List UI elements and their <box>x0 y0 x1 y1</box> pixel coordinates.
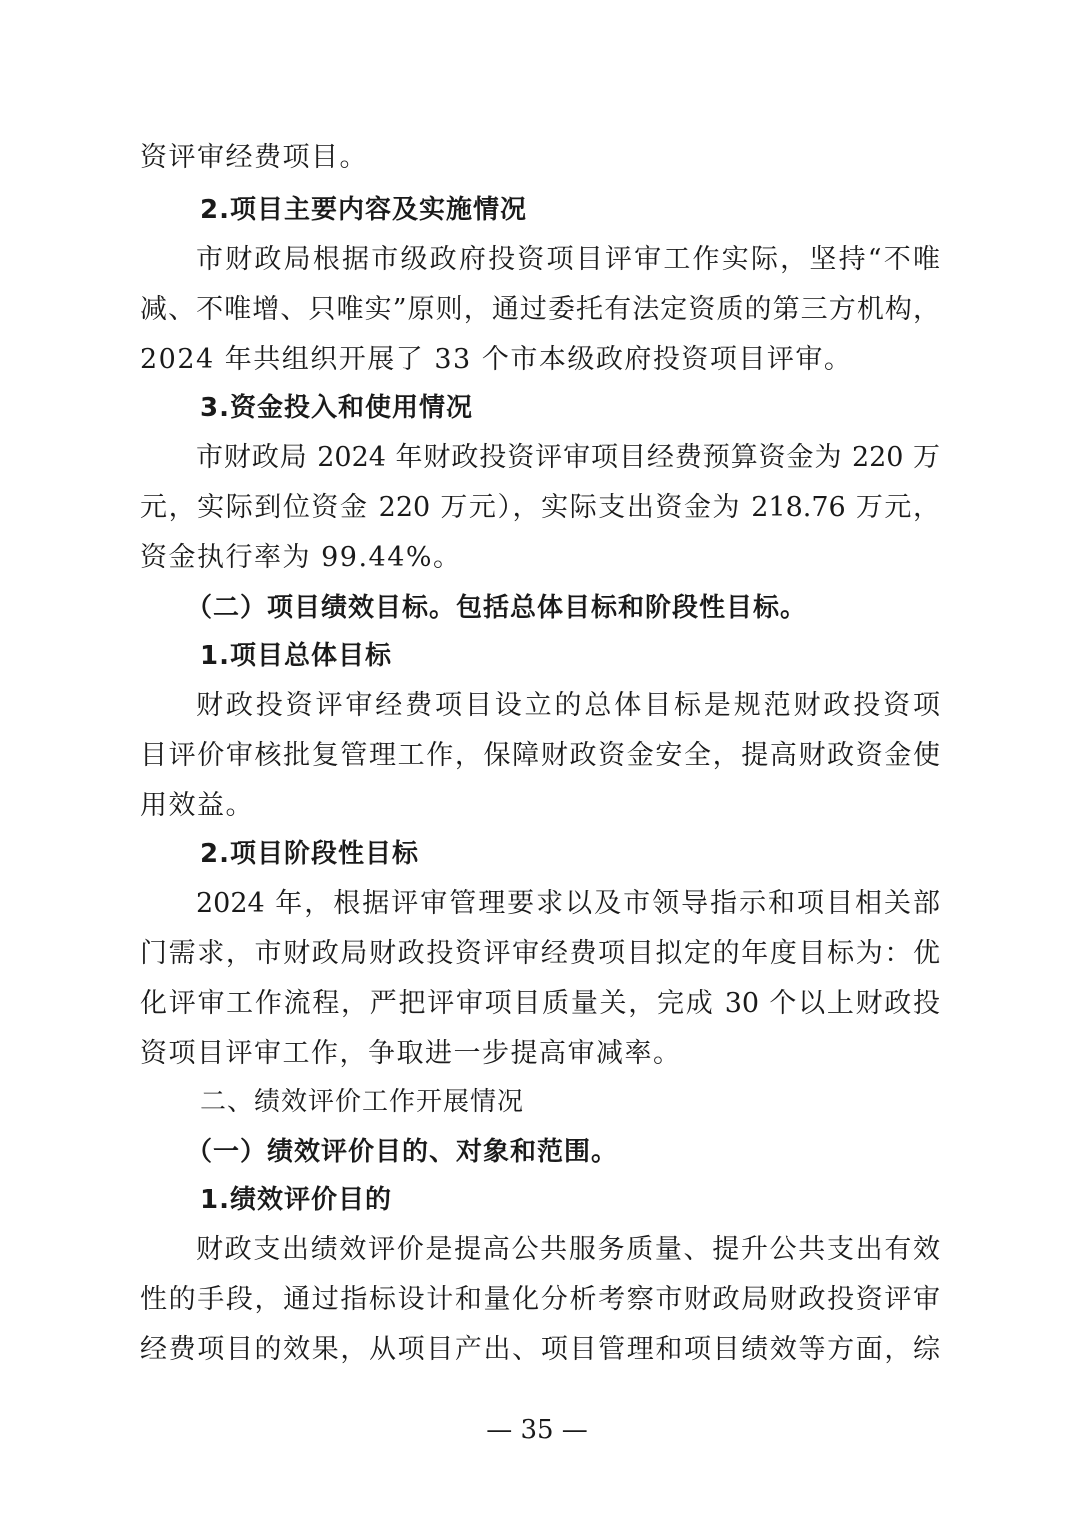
paragraph-line: 财政投资评审经费项目设立的总体目标是规范财政投资项 <box>196 686 940 726</box>
heading-evaluation-purpose: 1.绩效评价目的 <box>200 1180 1000 1220</box>
heading-overall-goal: 1.项目总体目标 <box>200 636 1000 676</box>
paragraph-line: 资金执行率为 99.44%。 <box>140 538 940 578</box>
heading-stage-goal: 2.项目阶段性目标 <box>200 834 1000 874</box>
paragraph-line: 市财政局根据市级政府投资项目评审工作实际，坚持“不唯 <box>196 240 940 280</box>
page-number: — 35 — <box>0 1410 1074 1450</box>
heading-evaluation-purpose-scope: （一）绩效评价目的、对象和范围。 <box>186 1132 986 1172</box>
paragraph-line: 资项目评审工作，争取进一步提高审减率。 <box>140 1034 940 1074</box>
heading-main-content: 2.项目主要内容及实施情况 <box>200 190 1000 230</box>
paragraph-line: 经费项目的效果，从项目产出、项目管理和项目绩效等方面，综 <box>140 1330 940 1370</box>
heading-funding: 3.资金投入和使用情况 <box>200 388 1000 428</box>
heading-section-two: 二、绩效评价工作开展情况 <box>200 1082 1000 1122</box>
document-page: 资评审经费项目。 2.项目主要内容及实施情况 市财政局根据市级政府投资项目评审工… <box>0 0 1074 1520</box>
paragraph-line: 财政支出绩效评价是提高公共服务质量、提升公共支出有效 <box>196 1230 940 1270</box>
paragraph-line: 减、不唯增、只唯实”原则，通过委托有法定资质的第三方机构， <box>140 290 940 330</box>
paragraph-line: 用效益。 <box>140 786 940 826</box>
paragraph-line: 目评价审核批复管理工作，保障财政资金安全，提高财政资金使 <box>140 736 940 776</box>
paragraph-line: 资评审经费项目。 <box>140 138 940 178</box>
paragraph-line: 元，实际到位资金 220 万元），实际支出资金为 218.76 万元， <box>140 488 940 528</box>
heading-performance-goals: （二）项目绩效目标。包括总体目标和阶段性目标。 <box>186 588 986 628</box>
paragraph-line: 2024 年共组织开展了 33 个市本级政府投资项目评审。 <box>140 340 940 380</box>
paragraph-line: 门需求，市财政局财政投资评审经费项目拟定的年度目标为：优 <box>140 934 940 974</box>
paragraph-line: 市财政局 2024 年财政投资评审项目经费预算资金为 220 万 <box>196 438 940 478</box>
paragraph-line: 2024 年，根据评审管理要求以及市领导指示和项目相关部 <box>196 884 940 924</box>
paragraph-line: 性的手段，通过指标设计和量化分析考察市财政局财政投资评审 <box>140 1280 940 1320</box>
paragraph-line: 化评审工作流程，严把评审项目质量关，完成 30 个以上财政投 <box>140 984 940 1024</box>
